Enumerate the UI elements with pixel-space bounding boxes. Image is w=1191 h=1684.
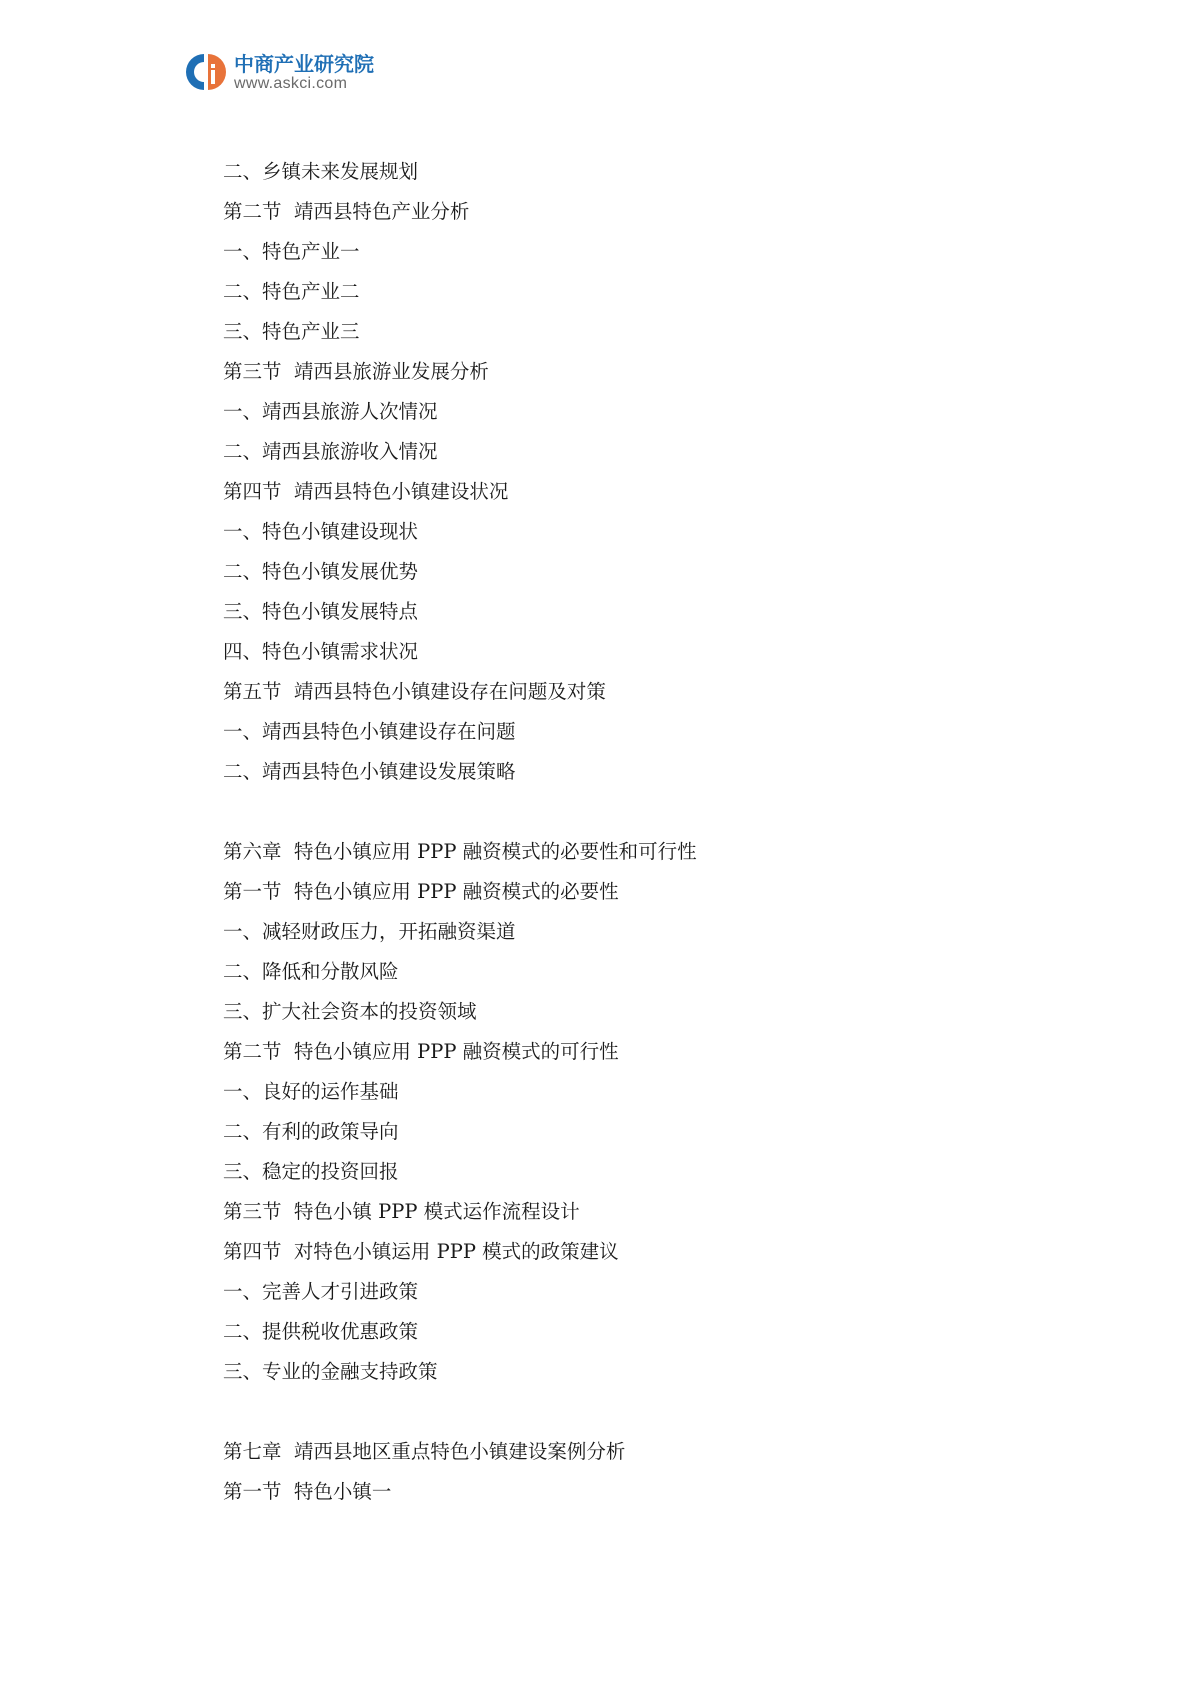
brand-logo: 中商产业研究院 www.askci.com — [184, 50, 374, 94]
toc-item: 二、靖西县特色小镇建设发展策略 — [223, 752, 697, 792]
askci-logo-icon — [184, 50, 228, 94]
toc-spacer — [223, 1392, 697, 1432]
toc-item: 三、扩大社会资本的投资领域 — [223, 992, 697, 1032]
toc-item: 三、特色小镇发展特点 — [223, 592, 697, 632]
toc-section: 第四节 对特色小镇运用 PPP 模式的政策建议 — [223, 1232, 697, 1272]
toc-item: 四、特色小镇需求状况 — [223, 632, 697, 672]
toc-item: 一、良好的运作基础 — [223, 1072, 697, 1112]
toc-item: 二、有利的政策导向 — [223, 1112, 697, 1152]
toc-item: 三、特色产业三 — [223, 312, 697, 352]
toc-chapter: 第七章 靖西县地区重点特色小镇建设案例分析 — [223, 1432, 697, 1472]
brand-name: 中商产业研究院 — [234, 53, 374, 75]
toc-item: 一、完善人才引进政策 — [223, 1272, 697, 1312]
toc-section: 第四节 靖西县特色小镇建设状况 — [223, 472, 697, 512]
toc-item: 一、靖西县特色小镇建设存在问题 — [223, 712, 697, 752]
toc-item: 二、靖西县旅游收入情况 — [223, 432, 697, 472]
toc-section: 第三节 靖西县旅游业发展分析 — [223, 352, 697, 392]
toc-section: 第二节 特色小镇应用 PPP 融资模式的可行性 — [223, 1032, 697, 1072]
toc-section: 第五节 靖西县特色小镇建设存在问题及对策 — [223, 672, 697, 712]
toc-chapter: 第六章 特色小镇应用 PPP 融资模式的必要性和可行性 — [223, 832, 697, 872]
toc-item: 三、专业的金融支持政策 — [223, 1352, 697, 1392]
toc-section: 第一节 特色小镇应用 PPP 融资模式的必要性 — [223, 872, 697, 912]
toc-spacer — [223, 792, 697, 832]
toc-section: 第三节 特色小镇 PPP 模式运作流程设计 — [223, 1192, 697, 1232]
toc-section: 第二节 靖西县特色产业分析 — [223, 192, 697, 232]
brand-url: www.askci.com — [234, 75, 374, 92]
toc-item: 二、乡镇未来发展规划 — [223, 152, 697, 192]
toc-item: 一、特色小镇建设现状 — [223, 512, 697, 552]
toc-item: 二、特色产业二 — [223, 272, 697, 312]
toc-item: 一、特色产业一 — [223, 232, 697, 272]
table-of-contents: 二、乡镇未来发展规划 第二节 靖西县特色产业分析 一、特色产业一 二、特色产业二… — [223, 152, 697, 1512]
toc-item: 三、稳定的投资回报 — [223, 1152, 697, 1192]
toc-item: 一、靖西县旅游人次情况 — [223, 392, 697, 432]
toc-item: 二、提供税收优惠政策 — [223, 1312, 697, 1352]
toc-section: 第一节 特色小镇一 — [223, 1472, 697, 1512]
toc-item: 二、特色小镇发展优势 — [223, 552, 697, 592]
toc-item: 二、降低和分散风险 — [223, 952, 697, 992]
toc-item: 一、减轻财政压力，开拓融资渠道 — [223, 912, 697, 952]
